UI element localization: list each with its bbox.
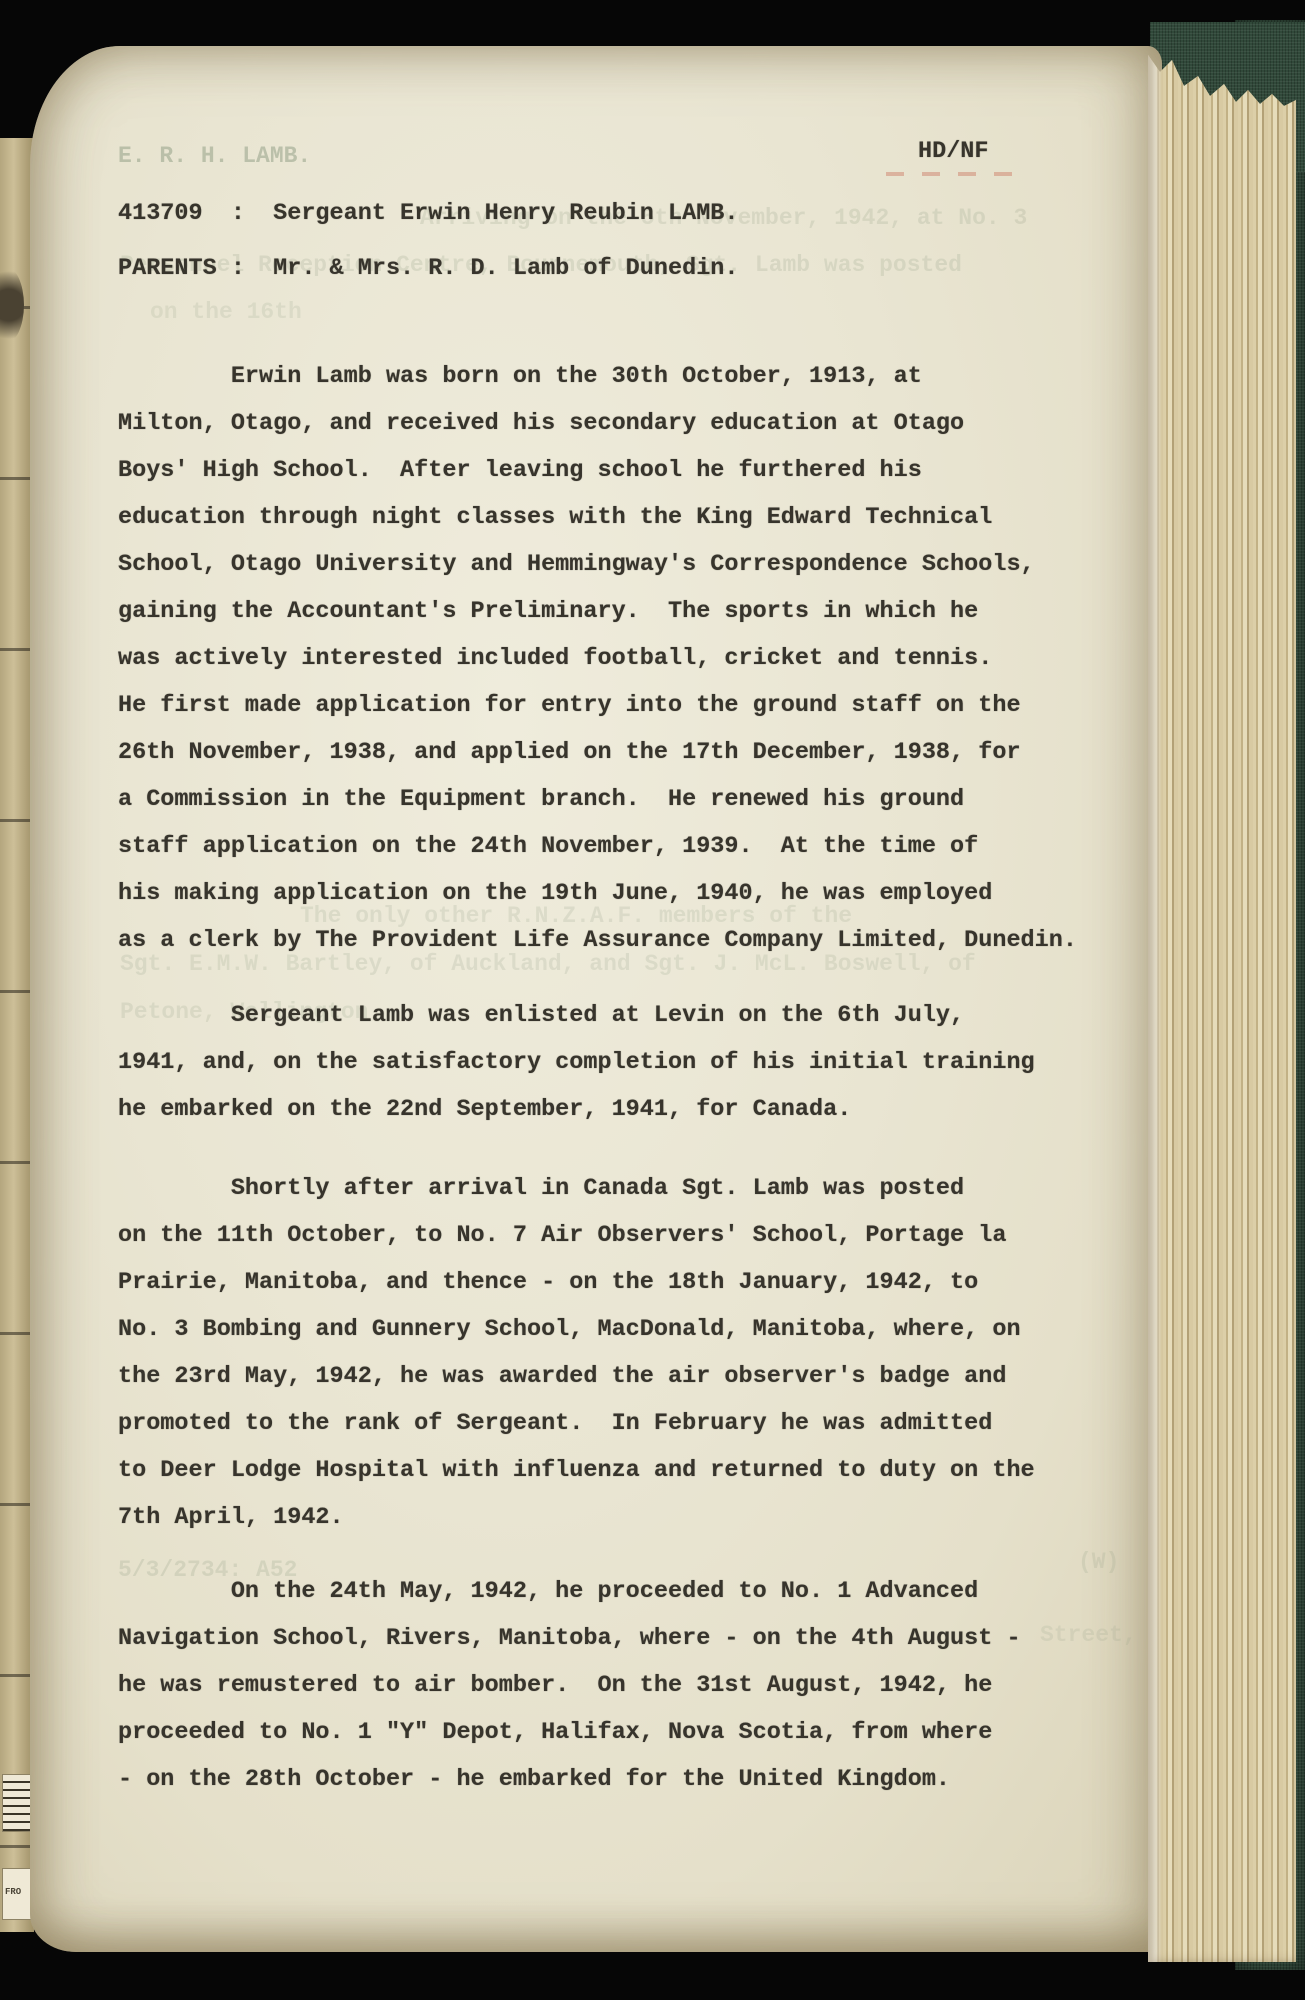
reference-code: HD/NF	[918, 128, 989, 175]
edge-tab-label: FRO	[5, 1887, 21, 1897]
paragraph-enlistment: Sergeant Lamb was enlisted at Levin on t…	[118, 992, 1035, 1133]
text-line: he embarked on the 22nd September, 1941,…	[118, 1086, 1035, 1133]
text-line: 7th April, 1942.	[118, 1494, 1035, 1541]
text-line: his making application on the 19th June,…	[118, 870, 1077, 917]
text-line: proceeded to No. 1 "Y" Depot, Halifax, N…	[118, 1709, 1021, 1756]
text-line: Milton, Otago, and received his secondar…	[118, 400, 1077, 447]
text-line: staff application on the 24th November, …	[118, 823, 1077, 870]
paragraph-canada-training: Shortly after arrival in Canada Sgt. Lam…	[118, 1165, 1035, 1541]
bleed-through-text: on the 16th	[150, 299, 302, 325]
text-line: He first made application for entry into…	[118, 682, 1077, 729]
text-line: to Deer Lodge Hospital with influenza an…	[118, 1447, 1035, 1494]
bleed-through-text: Street,	[1040, 1622, 1137, 1648]
text-line: on the 11th October, to No. 7 Air Observ…	[118, 1212, 1035, 1259]
text-line: the 23rd May, 1942, he was awarded the a…	[118, 1353, 1035, 1400]
paragraph-navigation-school: On the 24th May, 1942, he proceeded to N…	[118, 1568, 1021, 1803]
book-photo: FRO E. R. H. LAMB.Arriving on the 5th No…	[0, 0, 1305, 2000]
page-stack-fore-edge	[1148, 20, 1296, 1962]
text-line: Prairie, Manitoba, and thence - on the 1…	[118, 1259, 1035, 1306]
text-line: Shortly after arrival in Canada Sgt. Lam…	[118, 1165, 1035, 1212]
edge-tick-lines	[0, 138, 34, 1932]
text-line: No. 3 Bombing and Gunnery School, MacDon…	[118, 1306, 1035, 1353]
text-line: 26th November, 1938, and applied on the …	[118, 729, 1077, 776]
text-line: - on the 28th October - he embarked for …	[118, 1756, 1021, 1803]
text-line: Erwin Lamb was born on the 30th October,…	[118, 353, 1077, 400]
text-line: was actively interested included footbal…	[118, 635, 1077, 682]
text-line: Navigation School, Rivers, Manitoba, whe…	[118, 1615, 1021, 1662]
paragraph-early-life: Erwin Lamb was born on the 30th October,…	[118, 353, 1077, 964]
service-number-line: 413709 : Sergeant Erwin Henry Reubin LAM…	[118, 190, 739, 237]
text-line: promoted to the rank of Sergeant. In Feb…	[118, 1400, 1035, 1447]
text-line: Boys' High School. After leaving school …	[118, 447, 1077, 494]
edge-tab-striped	[2, 1774, 32, 1832]
text-line: 1941, and, on the satisfactory completio…	[118, 1039, 1035, 1086]
bleed-through-text: E. R. H. LAMB.	[118, 143, 311, 169]
left-page-edge: FRO	[0, 138, 34, 1932]
text-line: education through night classes with the…	[118, 494, 1077, 541]
document-page: E. R. H. LAMB.Arriving on the 5th Novemb…	[30, 46, 1162, 1952]
edge-tab-labelled: FRO	[2, 1868, 32, 1920]
text-line: as a clerk by The Provident Life Assuran…	[118, 917, 1077, 964]
text-line: gaining the Accountant's Preliminary. Th…	[118, 588, 1077, 635]
parents-line: PARENTS : Mr. & Mrs. R. D. Lamb of Duned…	[118, 245, 739, 292]
text-line: he was remustered to air bomber. On the …	[118, 1662, 1021, 1709]
bleed-through-text: (W)	[1078, 1549, 1119, 1575]
text-line: Sergeant Lamb was enlisted at Levin on t…	[118, 992, 1035, 1039]
text-line: a Commission in the Equipment branch. He…	[118, 776, 1077, 823]
text-line: On the 24th May, 1942, he proceeded to N…	[118, 1568, 1021, 1615]
text-line: School, Otago University and Hemmingway'…	[118, 541, 1077, 588]
